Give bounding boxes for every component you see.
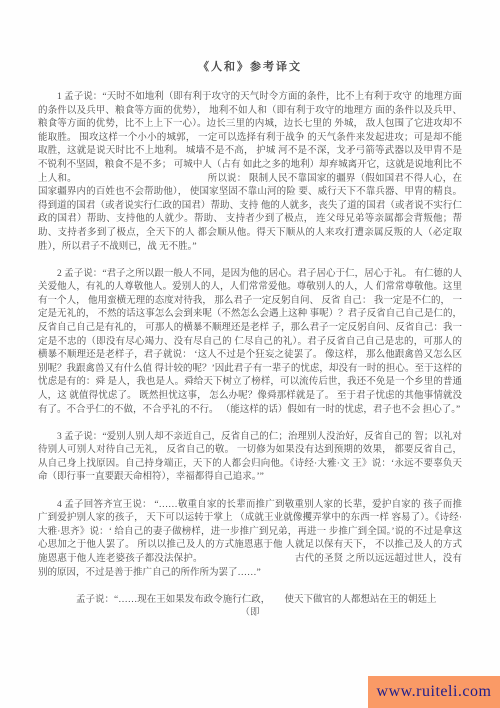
paragraph-4: 4 孟子回答齐宣王说： “……敬重自家的长辈而推广到敬重别人家的长辈，爱护自家的… [38, 499, 462, 581]
closing-fragment: （即 [38, 607, 462, 621]
watermark-url: www.ruiteli.com [377, 683, 492, 701]
paragraph-1: 1 孟子说：“天时不如地利（即有利于攻守的天气时令方面的条件，比不上有利于攻守 … [38, 91, 462, 254]
paragraph-closing: 孟子说：“……现在王如果发布政令施行仁政， 使天下做官的人都想站在王的朝廷上 [38, 594, 462, 608]
paragraph-3: 3 孟子说：“爱别人别人却不亲近自己，反省自己的仁；治理别人没治好，反省自己的 … [38, 431, 462, 485]
document-content: 《人和》参考译文 1 孟子说：“天时不如地利（即有利于攻守的天气时令方面的条件，… [0, 0, 500, 621]
document-title: 《人和》参考译文 [38, 58, 462, 74]
watermark-banner: www.ruiteli.com [368, 676, 500, 708]
paragraph-2: 2 孟子说：“君子之所以跟一般人不同，是因为他的居心。君子居心于仁，居心于礼。 … [38, 268, 462, 418]
document-page: 《人和》参考译文 1 孟子说：“天时不如地利（即有利于攻守的天气时令方面的条件，… [0, 0, 500, 708]
